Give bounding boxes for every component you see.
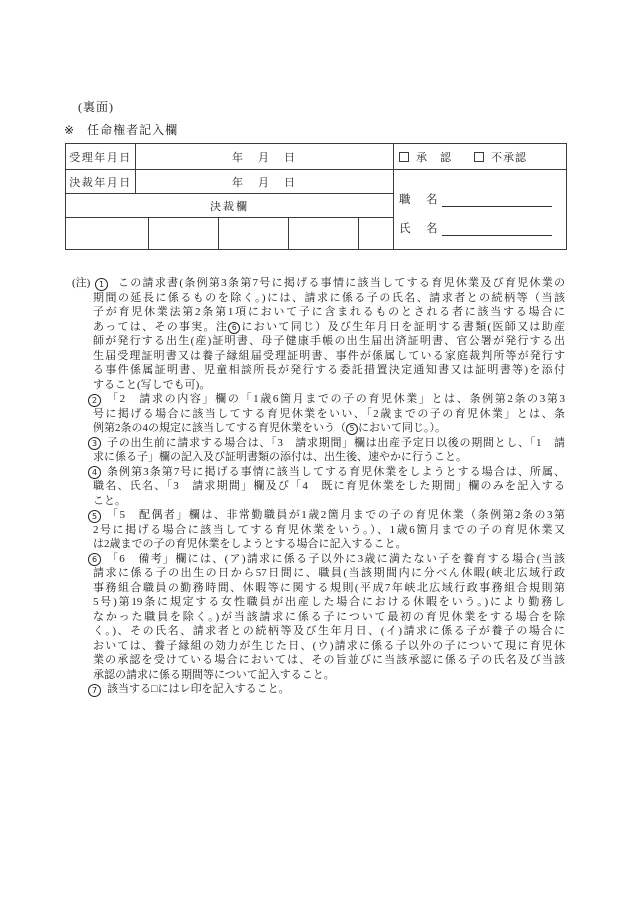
name-label: 氏 名 [399,220,440,236]
note-item-1: (注)1この請求書(条例第3条第7号に掲げる事情に該当してする育児休業及び育児休… [93,276,565,392]
disapprove-checkbox[interactable] [474,152,484,162]
note-line: 5号)第19条に規定する女性職員が出産した場合における休暇をいう。)により勤務し [93,595,565,610]
note-line: る事件係属証明書、児童相談所長が発行する委託措置決定通知書又は証明書等)を添付 [93,363,565,378]
note-item-7: 7該当する□にはレ印を記入すること。 [93,682,565,697]
note-line: 子が育児休業法第2条第1項において子に含まれるものとされる者に該当する場合に [93,305,565,320]
note-item-2: 2「2 請求の内容」欄の「1歳6箇月までの子の育児休業」とは、条例第2条の3第3… [93,392,565,436]
note-item-3: 3子の出生前に請求する場合は、「3 請求期間」欄は出産予定日以後の期間とし、「1… [93,436,565,465]
appointer-section-title: 任命権者記入欄 [87,123,178,137]
note-line: この請求書(条例第3条第7号に掲げる事情に該当してする育児休業及び育児休業の [93,276,565,291]
note-line: 期間の延長に係るものを除く。)には、請求に係る子の氏名、請求者との続柄等（当該 [93,291,565,306]
acceptance-date-field[interactable]: 年 月 日 [136,144,393,169]
note-number-icon: 2 [88,394,101,407]
note-line: 子の出生前に請求する場合は、「3 請求期間」欄は出産予定日以後の期間とし、「1 … [93,436,565,451]
page-side-label: (裏面) [78,98,114,115]
acceptance-date-format: 年 月 日 [232,149,297,165]
job-title-row: 職 名 [399,191,552,207]
note-line: 請求に係る子の出生の日から57日間に、職員(当該期間内に分べん休暇(峡北広域行政 [93,566,565,581]
notes-section: (注)1この請求書(条例第3条第7号に掲げる事情に該当してする育児休業及び育児休… [93,276,565,697]
note-item-5: 5「5 配偶者」欄は、非常勤職員が1歳2箇月までの子の育児休業（条例第2条の3第… [93,508,565,552]
note-line: 「2 請求の内容」欄の「1歳6箇月までの子の育児休業」とは、条例第2条の3第3 [93,392,565,407]
job-title-label: 職 名 [399,191,440,207]
note-number-icon: 5 [88,510,101,523]
note-line: あっては、その事実。注6において同じ）及び生年月日を証明する書類(医師又は助産 [93,320,565,335]
note-line: おいては、養子縁組の効力が生じた日、(ウ)請求に係る子以外の子について現に育児休 [93,639,565,654]
note-line: 2号に掲げる場合に該当してする育児休業をいう。）、1歳6箇月までの子の育児休業又 [93,523,565,538]
note-line: 「6 備考」欄には、(ア)請求に係る子以外に3歳に満たない子を養育する場合(当該 [93,552,565,567]
approval-stamp-cell[interactable] [289,218,358,249]
note-number-icon: 3 [88,437,101,450]
note-item-6: 6「6 備考」欄には、(ア)請求に係る子以外に3歳に満たない子を養育する場合(当… [93,552,565,683]
approval-stamp-cell[interactable] [66,218,148,249]
approve-label: 承 認 [416,149,452,165]
note-line: は2歳までの子の育児休業をしようとする場合に記入すること。 [93,537,565,552]
circled-number-icon: 5 [346,423,358,435]
decision-date-format: 年 月 日 [232,174,297,190]
note-line: 生届受理証明書又は養子縁組届受理証明書、事件が係属している家庭裁判所等が発行す [93,349,565,364]
note-number-icon: 4 [88,466,101,479]
approval-status-cell: 承 認 不承認 [394,144,566,169]
note-number-icon: 1 [95,278,108,291]
signature-cell: 職 名 氏 名 [394,169,566,249]
appointer-section-heading: ※任命権者記入欄 [64,121,178,138]
note-item-4: 4条例第3条第7号に掲げる事情に該当してする育児休業をしようとする場合は、所属、… [93,465,565,509]
note-line: 事務組合職員の勤務時間、休暇等に関する規則(平成7年峡北広域行政事務組合規則第 [93,581,565,596]
notes-prefix-label: (注) [72,276,90,291]
acceptance-date-label: 受理年月日 [69,149,132,165]
appointer-entry-table: 受理年月日 年 月 日 承 認 不承認 決裁年月日 年 月 日 職 名 氏 名 … [65,143,567,250]
note-line: 求に係る子」欄の記入及び証明書類の添付は、出生後、速やかに行うこと。 [93,450,565,465]
disapprove-label: 不承認 [491,149,527,165]
note-line: 条例第3条第7号に掲げる事情に該当してする育児休業をしようとする場合は、所属、 [93,465,565,480]
note-line: 職名、氏名、「3 請求期間」欄及び「4 既に育児休業をした期間」欄のみを記入する [93,479,565,494]
decision-date-label: 決裁年月日 [69,174,132,190]
note-line: 承認の請求に係る期間等について記入すること。 [93,668,565,683]
approve-checkbox[interactable] [399,152,409,162]
approval-stamp-cell[interactable] [149,218,218,249]
note-line: 例第2条の4の規定に該当してする育児休業をいう（5において同じ。）。 [93,421,565,436]
note-line: なかった職員を除く。)が当該請求に係る子について最初の育児休業をする場合を除 [93,610,565,625]
job-title-field[interactable] [442,193,552,207]
note-line: 業の承認を受けている場合においては、その旨並びに当該承認に係る子の氏名及び当該 [93,653,565,668]
note-line: 「5 配偶者」欄は、非常勤職員が1歳2箇月までの子の育児休業（条例第2条の3第 [93,508,565,523]
note-number-icon: 7 [88,684,101,697]
decision-date-label-cell: 決裁年月日 [66,170,135,193]
name-field[interactable] [442,222,552,236]
note-line: すること(写しでも可)。 [93,378,565,393]
note-number-icon: 6 [88,553,101,566]
approval-stamp-cell[interactable] [219,218,288,249]
note-line: く。)、その氏名、請求者との続柄等及び生年月日、(イ)請求に係る子が養子の場合に [93,624,565,639]
note-line: 号に掲げる場合に該当してする育児休業をいい、「2歳までの子の育児休業」とは、条 [93,407,565,422]
name-row: 氏 名 [399,220,552,236]
note-line: 該当する□にはレ印を記入すること。 [93,682,565,697]
circled-number-icon: 6 [228,322,240,334]
approval-column-header: 決裁欄 [66,194,393,217]
decision-date-field[interactable]: 年 月 日 [136,170,393,193]
kessai-label: 決裁欄 [210,198,249,214]
reference-marker: ※ [64,123,74,137]
approval-stamp-cell[interactable] [359,218,393,249]
acceptance-date-label-cell: 受理年月日 [66,144,135,169]
note-line: こと。 [93,494,565,509]
note-line: 師が発行する出生(産)証明書、母子健康手帳の出生届出済証明書、官公署が発行する出 [93,334,565,349]
